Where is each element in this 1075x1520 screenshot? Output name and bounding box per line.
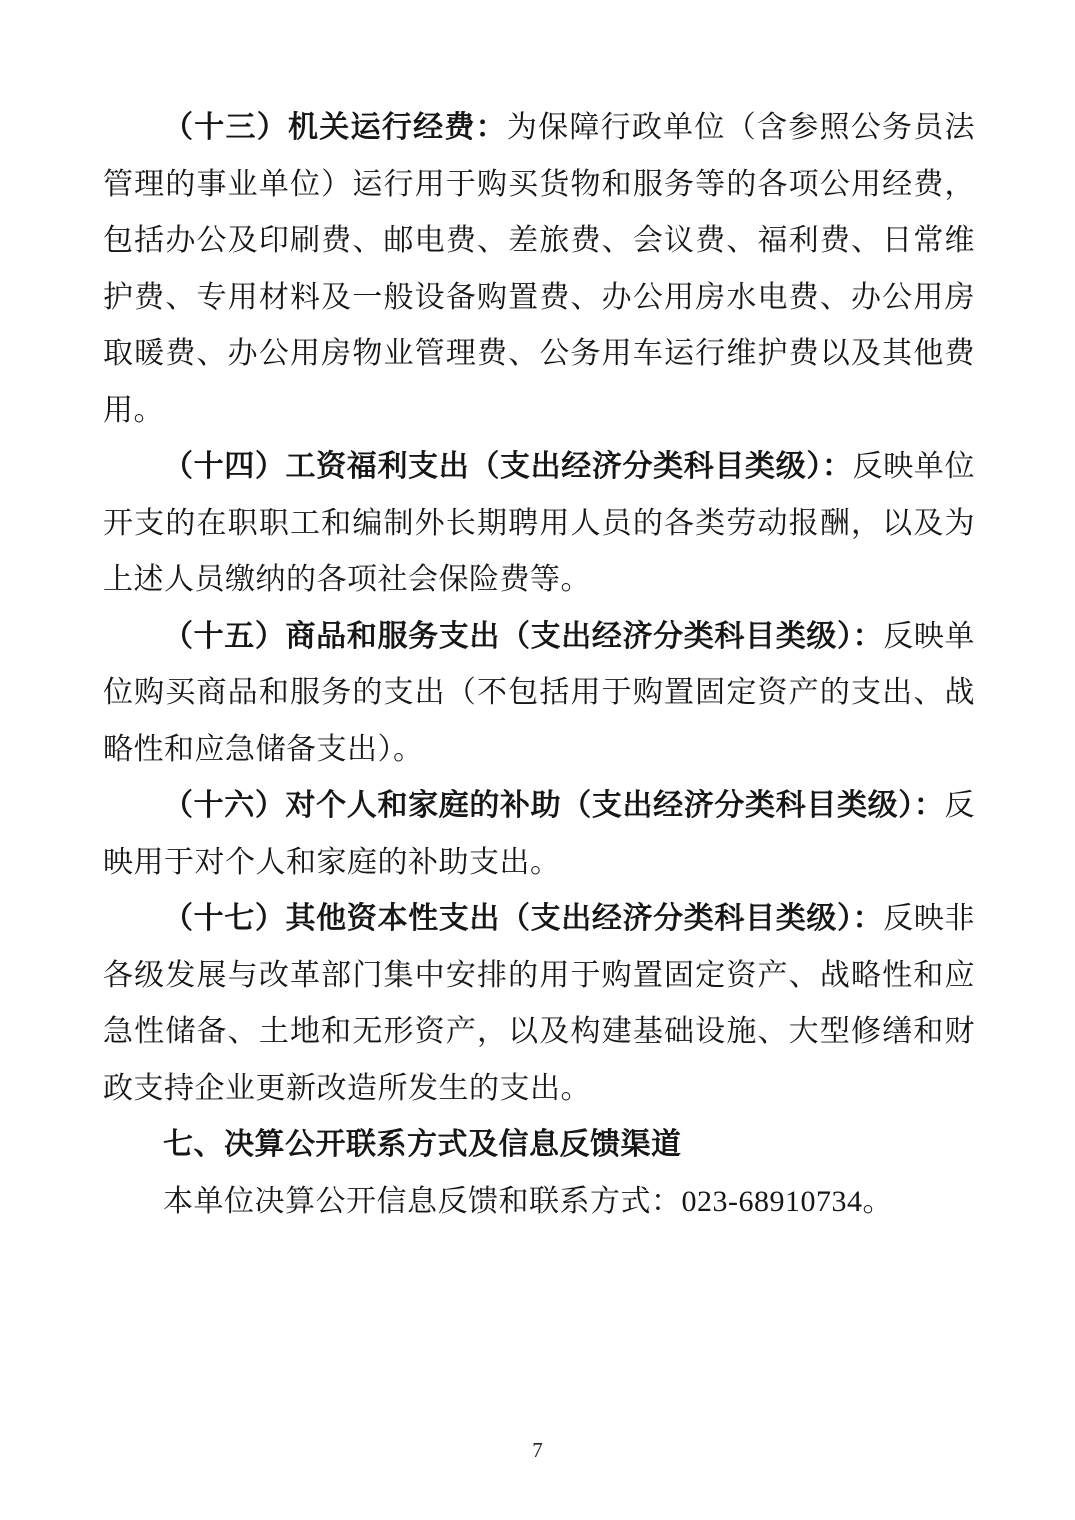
section-heading: 七、决算公开联系方式及信息反馈渠道 xyxy=(103,1117,975,1174)
document-body: （十三）机关运行经费：为保障行政单位（含参照公务员法管理的事业单位）运行用于购买… xyxy=(103,100,975,1230)
paragraph-17-lead: （十七）其他资本性支出（支出经济分类科目类级）： xyxy=(163,902,883,935)
paragraph-15-lead: （十五）商品和服务支出（支出经济分类科目类级）： xyxy=(163,620,883,653)
paragraph-13-text: 为保障行政单位（含参照公务员法管理的事业单位）运行用于购买货物和服务等的各项公用… xyxy=(103,111,975,427)
paragraph-14: （十四）工资福利支出（支出经济分类科目类级）：反映单位开支的在职职工和编制外长期… xyxy=(103,439,975,609)
document-page: （十三）机关运行经费：为保障行政单位（含参照公务员法管理的事业单位）运行用于购买… xyxy=(0,0,1075,1520)
paragraph-13: （十三）机关运行经费：为保障行政单位（含参照公务员法管理的事业单位）运行用于购买… xyxy=(103,100,975,439)
paragraph-15: （十五）商品和服务支出（支出经济分类科目类级）：反映单位购买商品和服务的支出（不… xyxy=(103,609,975,779)
page-number: 7 xyxy=(0,1437,1075,1463)
contact-line: 本单位决算公开信息反馈和联系方式：023-68910734。 xyxy=(103,1174,975,1231)
paragraph-16-lead: （十六）对个人和家庭的补助（支出经济分类科目类级）： xyxy=(163,789,945,822)
paragraph-13-lead: （十三）机关运行经费： xyxy=(163,111,507,144)
paragraph-16: （十六）对个人和家庭的补助（支出经济分类科目类级）：反映用于对个人和家庭的补助支… xyxy=(103,778,975,891)
paragraph-17: （十七）其他资本性支出（支出经济分类科目类级）：反映非各级发展与改革部门集中安排… xyxy=(103,891,975,1117)
paragraph-14-lead: （十四）工资福利支出（支出经济分类科目类级）： xyxy=(163,450,853,483)
